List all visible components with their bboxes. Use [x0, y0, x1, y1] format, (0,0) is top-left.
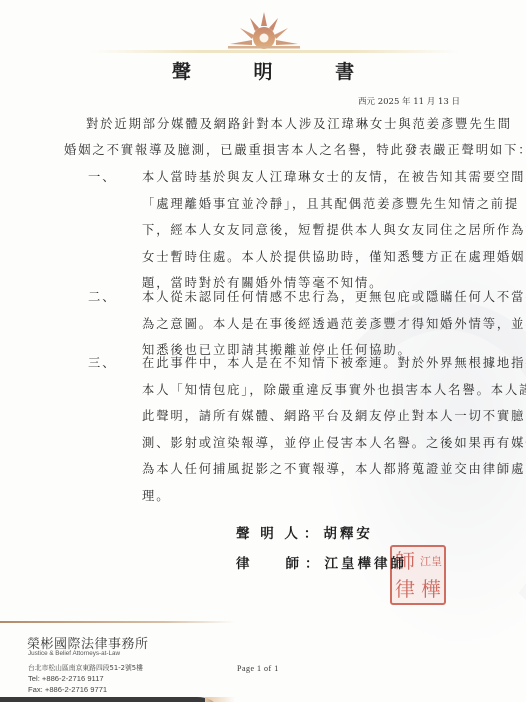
item-line: 女士暫時住處。本人於提供協助時，僅知悉雙方正在處理婚姻問 — [142, 244, 492, 271]
item-number: 一、 — [88, 164, 116, 191]
item-line: 為本人任何捕風捉影之不實報導，本人都將蒐證並交由律師處 — [142, 456, 492, 483]
footer-bar-accent — [205, 697, 235, 702]
lawyer-signature: 律 師：江皇樺律師 — [236, 552, 407, 572]
firm-tel: Tel: +886-2-2716 9117 — [28, 674, 104, 683]
sun-logo-icon — [226, 10, 302, 50]
document-title: 聲 明 書 — [0, 57, 526, 84]
signature-colon: ： — [305, 552, 322, 572]
item-line: 下，經本人女友同意後，短暫提供本人與女友同住之居所作為江 — [142, 217, 492, 244]
item-line: 理。 — [142, 483, 492, 510]
firm-address: 台北市松山區南京東路四段51-2號5樓 — [28, 662, 143, 672]
header-rule — [90, 50, 460, 53]
seal-char: 樺 — [418, 575, 444, 603]
intro-line-1: 對於近期部分媒體及網路針對本人涉及江瑋琳女士與范姜彥豐先生間 — [86, 111, 512, 138]
item-line: 在此事件中，本人是在不知情下被牽連。對於外界無根據地指控 — [142, 350, 492, 377]
item-line: 為之意圖。本人是在事後經透過范姜彥豐才得知婚外情等，並在 — [142, 311, 492, 338]
item-line: 「處理離婚事宜並冷靜」，且其配偶范姜彥豐先生知情之前提 — [142, 191, 492, 218]
footer-bar — [0, 697, 215, 702]
firm-fax: Fax: +886-2-2716 9771 — [28, 685, 107, 694]
seal-char: 律 — [392, 575, 418, 603]
item-number: 二、 — [88, 284, 116, 311]
item-line: 本人當時基於與友人江瑋琳女士的友情，在被告知其需要空間 — [142, 164, 492, 191]
signature-value: 胡釋安 — [323, 526, 373, 542]
item-number: 三、 — [88, 350, 116, 377]
item-line: 此聲明，請所有媒體、網路平台及網友停止對本人一切不實臆 — [142, 403, 492, 430]
signature-colon: ： — [304, 522, 321, 542]
footer-rule — [0, 621, 235, 623]
item-line: 本人「知情包庇」，除嚴重違反事實外也損害本人名譽。本人謹 — [142, 377, 492, 404]
seal-char: 江皇 — [418, 547, 444, 575]
page-number: Page 1 of 1 — [237, 664, 279, 673]
signature-label: 聲 明 人 — [236, 522, 301, 542]
signature-label: 律 師 — [236, 552, 302, 572]
signature-value: 江皇樺律師 — [325, 556, 408, 572]
statement-page: 聲 明 書 西元 2025 年 11 月 13 日 對於近期部分媒體及網路針對本… — [0, 0, 526, 702]
intro-line-2: 婚姻之不實報導及臆測，已嚴重損害本人之名譽，特此發表嚴正聲明如下： — [64, 137, 526, 164]
declarant-signature: 聲 明 人：胡釋安 — [236, 522, 373, 542]
item-line: 本人從未認同任何情感不忠行為，更無包庇或隱瞞任何人不當行 — [142, 284, 492, 311]
firm-name-en: Justice & Belief Attorneys-at-Law — [28, 650, 120, 657]
item-line: 測、影射或渲染報導，並停止侵害本人名譽。之後如果再有媒體 — [142, 430, 492, 457]
document-date: 西元 2025 年 11 月 13 日 — [358, 95, 460, 107]
